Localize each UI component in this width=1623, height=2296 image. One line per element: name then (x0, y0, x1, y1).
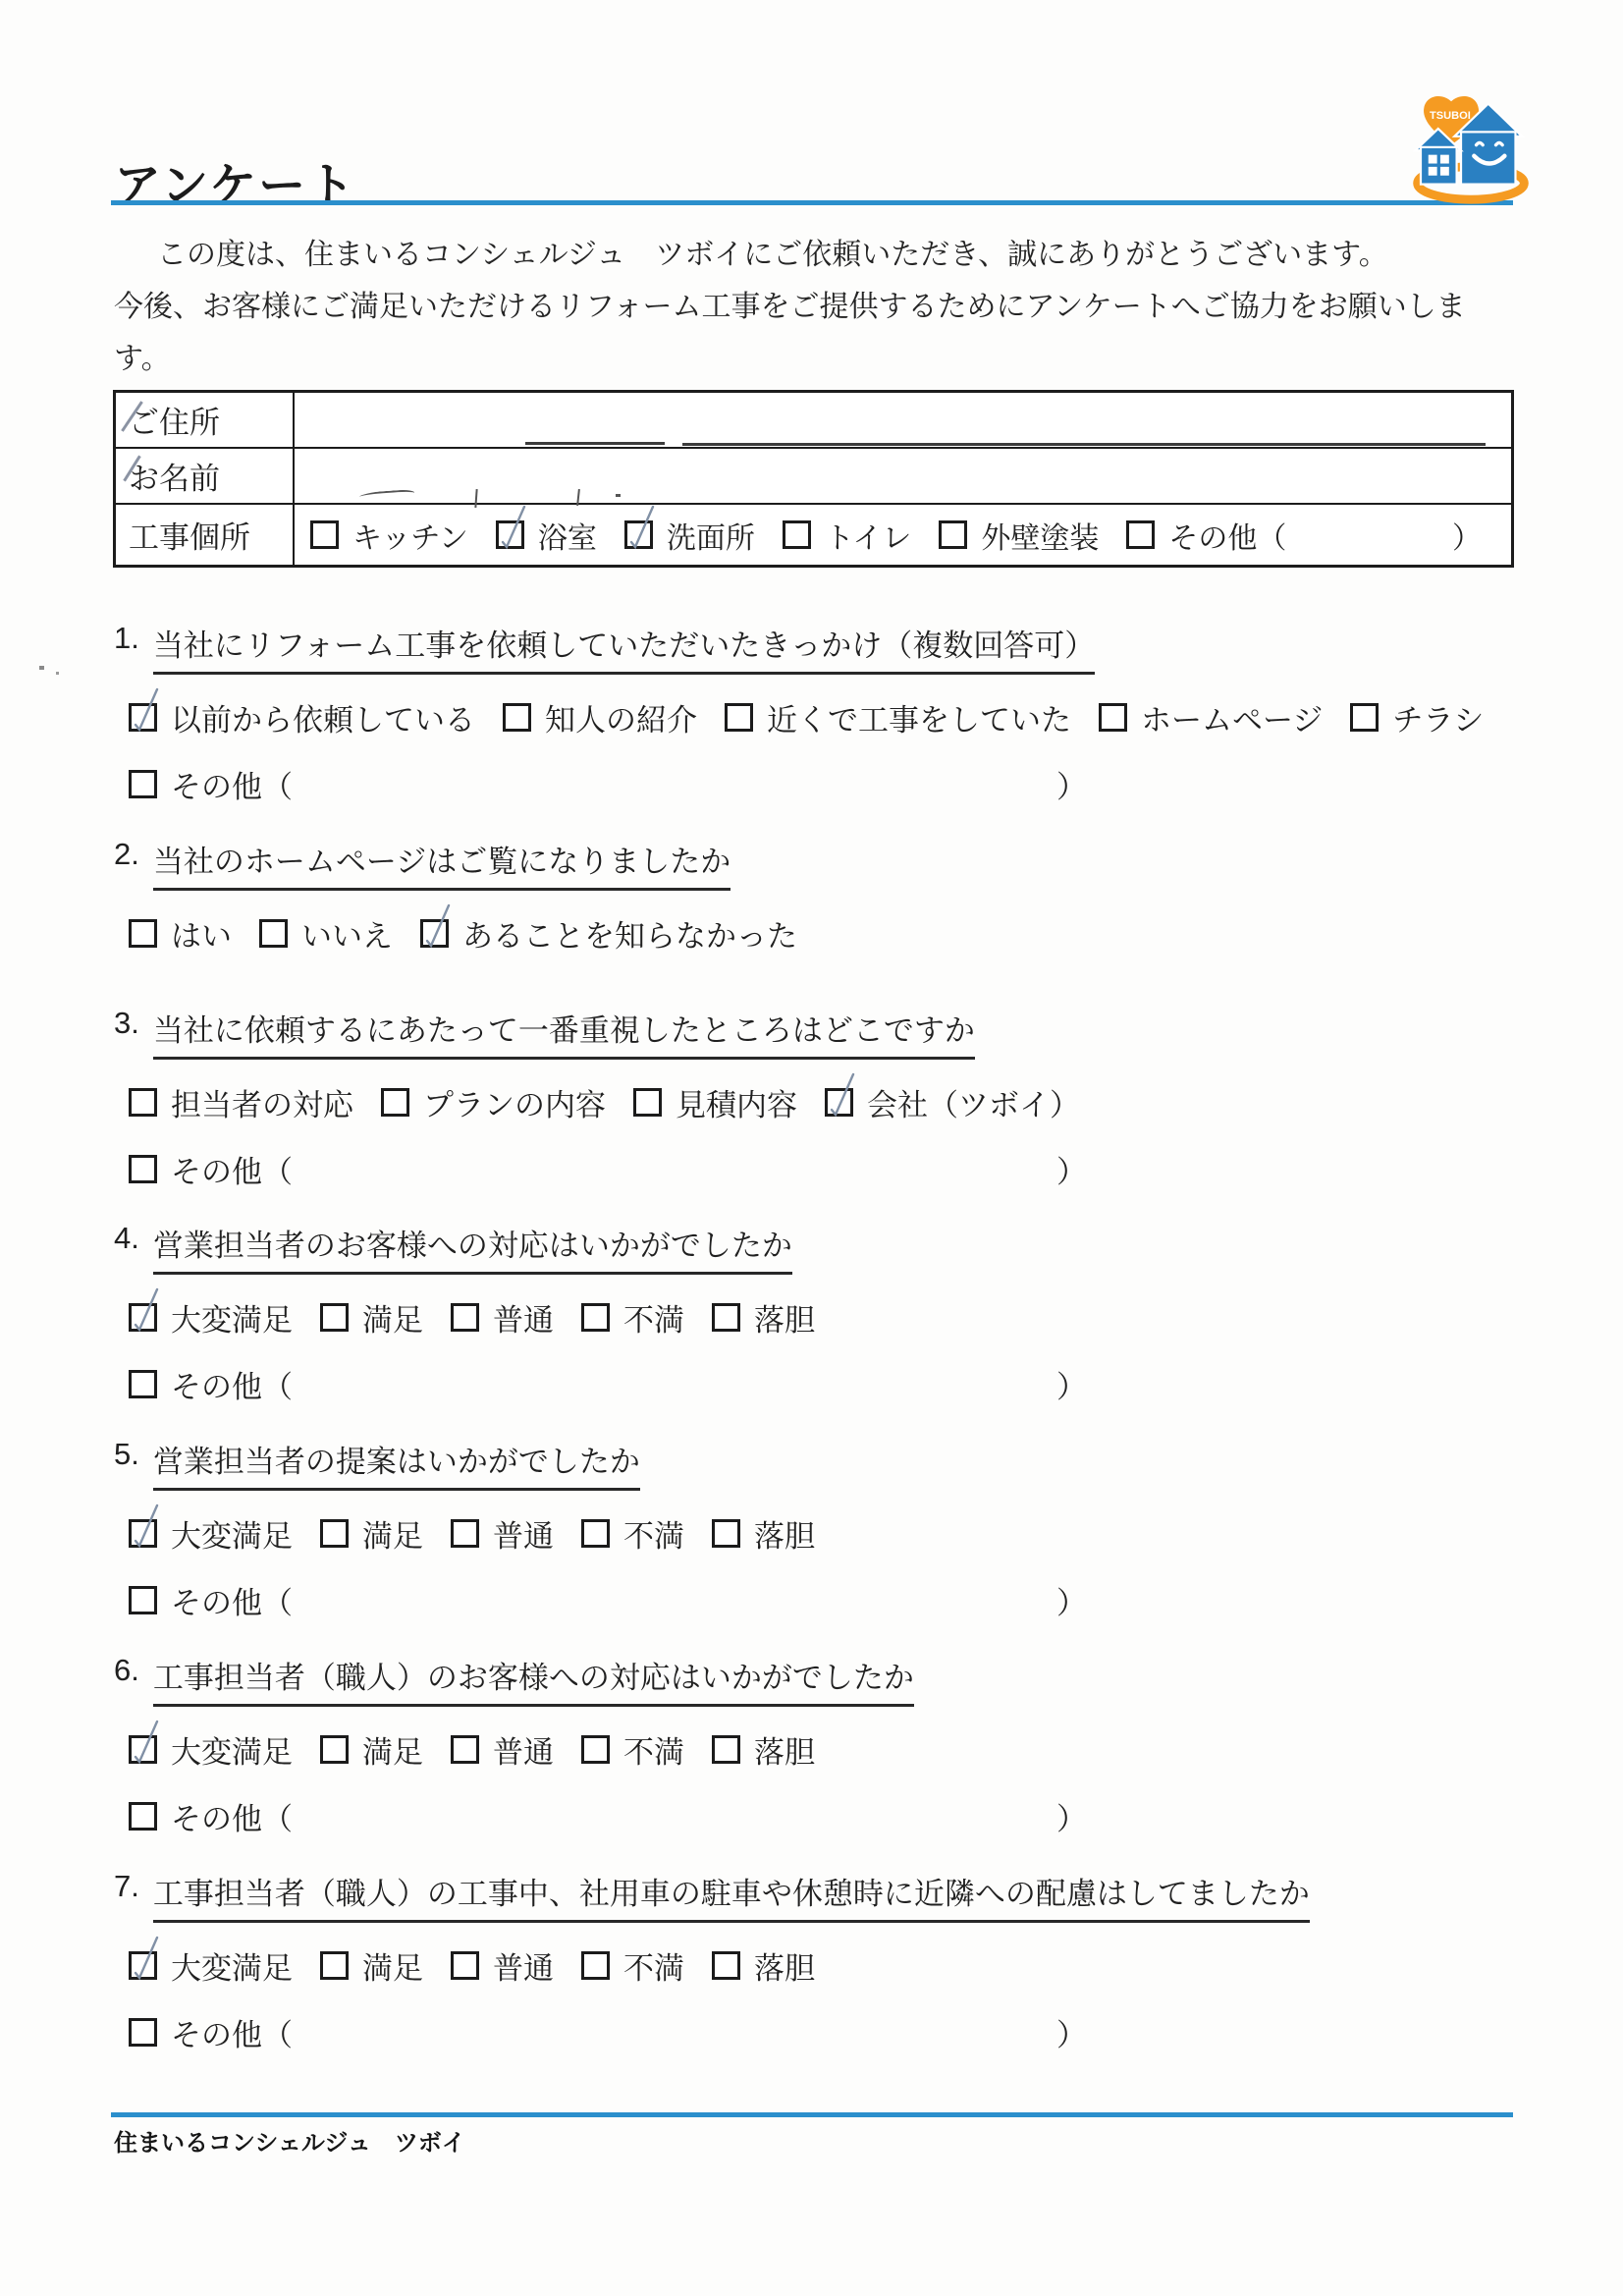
checkbox[interactable] (129, 1370, 157, 1398)
option-label: その他（ (171, 1362, 293, 1406)
tsuboi-logo-icon: TSUBOI (1411, 88, 1531, 208)
option: 普通 (451, 1511, 554, 1556)
option-label: 満足 (362, 1511, 423, 1556)
checkbox[interactable] (129, 1088, 157, 1117)
question-other-row: その他（） (129, 2010, 1520, 2054)
option-label: 満足 (362, 1295, 423, 1339)
question-number: 7. (114, 1869, 139, 1904)
question-options: 大変満足満足普通不満落胆 (129, 1943, 1520, 1988)
option: 満足 (320, 1511, 423, 1556)
question-heading: 1. 当社にリフォーム工事を依頼していただいたきっかけ（複数回答可） (114, 621, 1520, 675)
checkbox[interactable] (712, 1303, 740, 1332)
handwritten-check-icon (127, 1717, 164, 1766)
checkbox[interactable] (712, 1951, 740, 1980)
option: その他（ (129, 1794, 293, 1838)
option: 知人の紹介 (503, 695, 697, 739)
checkbox[interactable] (129, 1155, 157, 1183)
option: 大変満足 (129, 1727, 293, 1772)
option: 不満 (581, 1727, 684, 1772)
option-label: 落胆 (754, 1943, 815, 1988)
footer-divider (111, 2112, 1513, 2117)
option-label: 普通 (493, 1295, 554, 1339)
checkbox[interactable] (712, 1735, 740, 1764)
checkbox[interactable] (725, 703, 753, 732)
option: その他（ (129, 1362, 293, 1406)
handwritten-check-icon (418, 901, 456, 950)
checkbox[interactable] (320, 1303, 349, 1332)
checkbox[interactable] (129, 1951, 157, 1980)
question-options: 大変満足満足普通不満落胆 (129, 1511, 1520, 1556)
checkbox[interactable] (1099, 703, 1127, 732)
option-label: 普通 (493, 1943, 554, 1988)
option: 満足 (320, 1727, 423, 1772)
option: その他（ (129, 1578, 293, 1622)
option: 見積内容 (633, 1080, 797, 1124)
close-paren: ） (1056, 2010, 1087, 2054)
redaction-line (525, 442, 665, 445)
option-label: 会社（ツボイ） (867, 1080, 1080, 1124)
option-label: 知人の紹介 (545, 695, 697, 739)
option: いいえ (259, 911, 393, 956)
checkbox[interactable] (320, 1951, 349, 1980)
option: 落胆 (712, 1511, 815, 1556)
option-label: 外壁塗装 (981, 514, 1099, 557)
option-label: 見積内容 (676, 1080, 797, 1124)
question-number: 4. (114, 1221, 139, 1256)
table-row-worksite: 工事個所 キッチン浴室洗面所トイレ外壁塗装その他（） (116, 505, 1511, 565)
option-label: 不満 (623, 1295, 684, 1339)
checkbox[interactable] (451, 1735, 479, 1764)
option: プランの内容 (381, 1080, 606, 1124)
option-label: その他（ (171, 1147, 293, 1191)
option: トイレ (783, 514, 912, 557)
intro-paragraph: この度は、住まいるコンシェルジュ ツボイにご依頼いただき、誠にありがとうございま… (114, 229, 1520, 385)
option: 不満 (581, 1943, 684, 1988)
scan-speck (616, 494, 621, 497)
question-block: 7. 工事担当者（職人）の工事中、社用車の駐車や休憩時に近隣への配慮はしてました… (114, 1869, 1520, 2054)
checkbox[interactable] (451, 1951, 479, 1980)
question-title: 当社にリフォーム工事を依頼していただいたきっかけ（複数回答可） (153, 621, 1095, 675)
option: 外壁塗装 (939, 514, 1099, 557)
option-label: その他（ (171, 2010, 293, 2054)
checkbox[interactable] (581, 1519, 610, 1548)
question-options: はいいいえあることを知らなかった (129, 911, 1520, 956)
question-block: 1. 当社にリフォーム工事を依頼していただいたきっかけ（複数回答可） 以前から依… (114, 621, 1520, 806)
checkbox[interactable] (320, 1735, 349, 1764)
question-heading: 7. 工事担当者（職人）の工事中、社用車の駐車や休憩時に近隣への配慮はしてました… (114, 1869, 1520, 1923)
option-label: 不満 (623, 1727, 684, 1772)
question-title: 当社に依頼するにあたって一番重視したところはどこですか (153, 1006, 975, 1060)
worksite-label: 工事個所 (116, 505, 295, 565)
question-other-row: その他（） (129, 1362, 1520, 1406)
handwritten-check-icon (127, 684, 164, 734)
option: 洗面所 (624, 514, 755, 557)
question-heading: 3. 当社に依頼するにあたって一番重視したところはどこですか (114, 1006, 1520, 1060)
option-label: 近くで工事をしていた (767, 695, 1071, 739)
option: 担当者の対応 (129, 1080, 353, 1124)
option: 落胆 (712, 1295, 815, 1339)
option-label: 不満 (623, 1943, 684, 1988)
question-block: 2. 当社のホームページはご覧になりましたか はいいいえあることを知らなかった (114, 837, 1520, 956)
question-other-row: その他（） (129, 1147, 1520, 1191)
option: その他（ (129, 762, 293, 806)
option-label: あることを知らなかった (462, 911, 797, 956)
question-options: 大変満足満足普通不満落胆 (129, 1295, 1520, 1339)
table-row-name: お名前 (116, 449, 1511, 505)
option-label: 普通 (493, 1511, 554, 1556)
checkbox[interactable] (129, 770, 157, 798)
checkbox[interactable] (581, 1303, 610, 1332)
option-label: プランの内容 (423, 1080, 606, 1124)
option: 以前から依頼している (129, 695, 475, 739)
option-label: キッチン (352, 514, 468, 557)
question-heading: 4. 営業担当者のお客様への対応はいかがでしたか (114, 1221, 1520, 1275)
option-label: 担当者の対応 (171, 1080, 353, 1124)
footer-company-name: 住まいるコンシェルジュ ツボイ (114, 2123, 465, 2158)
checkbox[interactable] (129, 1586, 157, 1614)
option: 会社（ツボイ） (825, 1080, 1080, 1124)
option-label: はい (171, 911, 232, 956)
question-options: 担当者の対応プランの内容見積内容会社（ツボイ） (129, 1080, 1520, 1124)
logo-text: TSUBOI (1430, 110, 1471, 122)
logo-big-house (1461, 132, 1515, 184)
option: その他（ (129, 2010, 293, 2054)
question-block: 4. 営業担当者のお客様への対応はいかがでしたか 大変満足満足普通不満落胆 その… (114, 1221, 1520, 1406)
scan-speck (39, 666, 44, 670)
option-label: 大変満足 (171, 1727, 293, 1772)
customer-info-table: ご住所 お名前 工事個所 キッチン浴室洗面所トイレ外壁塗装その他（） (113, 390, 1514, 568)
checkbox[interactable] (420, 919, 449, 948)
question-heading: 6. 工事担当者（職人）のお客様への対応はいかがでしたか (114, 1653, 1520, 1707)
option-label: その他（ (171, 1794, 293, 1838)
checkbox[interactable] (581, 1951, 610, 1980)
question-other-row: その他（） (129, 1578, 1520, 1622)
option-label: 落胆 (754, 1727, 815, 1772)
checkbox[interactable] (451, 1303, 479, 1332)
question-title: 工事担当者（職人）のお客様への対応はいかがでしたか (153, 1653, 914, 1707)
question-title: 工事担当者（職人）の工事中、社用車の駐車や休憩時に近隣への配慮はしてましたか (153, 1869, 1310, 1923)
question-title: 営業担当者のお客様への対応はいかがでしたか (153, 1221, 792, 1275)
checkbox[interactable] (129, 1519, 157, 1548)
checkbox[interactable] (783, 520, 811, 549)
option: ホームページ (1099, 695, 1323, 739)
checkbox[interactable] (451, 1519, 479, 1548)
question-heading: 5. 営業担当者の提案はいかがでしたか (114, 1437, 1520, 1491)
question-number: 2. (114, 837, 139, 872)
question-other-row: その他（） (129, 1794, 1520, 1838)
option: キッチン (310, 514, 468, 557)
checkbox[interactable] (1126, 520, 1155, 549)
handwritten-check-icon (127, 1933, 164, 1982)
question-heading: 2. 当社のホームページはご覧になりましたか (114, 837, 1520, 891)
option: 満足 (320, 1295, 423, 1339)
checkbox[interactable] (825, 1088, 853, 1117)
option: 浴室 (496, 514, 597, 557)
option: 近くで工事をしていた (725, 695, 1071, 739)
checkbox[interactable] (496, 520, 524, 549)
close-paren: ） (1056, 1147, 1087, 1191)
option-label: その他（ (1168, 514, 1286, 557)
option-label: 不満 (623, 1511, 684, 1556)
checkbox[interactable] (129, 1735, 157, 1764)
option-label: 以前から依頼している (171, 695, 475, 739)
checkbox[interactable] (939, 520, 967, 549)
handwritten-check-icon (127, 1285, 164, 1334)
question-block: 5. 営業担当者の提案はいかがでしたか 大変満足満足普通不満落胆 その他（） (114, 1437, 1520, 1622)
checkbox[interactable] (129, 1802, 157, 1831)
checkbox[interactable] (633, 1088, 662, 1117)
logo-small-house (1421, 147, 1457, 185)
question-number: 5. (114, 1437, 139, 1472)
question-number: 3. (114, 1006, 139, 1041)
checkbox[interactable] (259, 919, 288, 948)
handwritten-check-icon (823, 1069, 860, 1119)
title-divider (111, 200, 1513, 205)
option: 大変満足 (129, 1295, 293, 1339)
close-paren: ） (1056, 1362, 1087, 1406)
question-number: 6. (114, 1653, 139, 1688)
checkbox[interactable] (129, 1303, 157, 1332)
option: 落胆 (712, 1727, 815, 1772)
option-label: チラシ (1392, 695, 1484, 739)
option-label: いいえ (301, 911, 393, 956)
option: チラシ (1350, 695, 1484, 739)
close-paren: ） (1056, 1794, 1087, 1838)
option: 普通 (451, 1943, 554, 1988)
option: あることを知らなかった (420, 911, 797, 956)
option: その他（ (1126, 514, 1286, 557)
survey-document: アンケート TSUBOI この度は、住まいるコンシェルジュ ツボイにご依頼いただ… (0, 0, 1623, 2296)
handwritten-check-icon (622, 502, 660, 551)
option-label: 大変満足 (171, 1511, 293, 1556)
option: 普通 (451, 1727, 554, 1772)
intro-line-2: 今後、お客様にご満足いただけるリフォーム工事をご提供するためにアンケートへご協力… (114, 281, 1520, 385)
option: 普通 (451, 1295, 554, 1339)
option-label: 満足 (362, 1727, 423, 1772)
checkbox[interactable] (712, 1519, 740, 1548)
checkbox[interactable] (129, 703, 157, 732)
scan-speck (56, 672, 59, 675)
option: はい (129, 911, 232, 956)
close-paren: ） (1056, 762, 1087, 806)
checkbox[interactable] (503, 703, 531, 732)
option: 不満 (581, 1295, 684, 1339)
checkbox[interactable] (1350, 703, 1379, 732)
option: その他（ (129, 1147, 293, 1191)
option: 不満 (581, 1511, 684, 1556)
option-label: 普通 (493, 1727, 554, 1772)
question-options: 以前から依頼している知人の紹介近くで工事をしていたホームページチラシ (129, 695, 1520, 739)
handwritten-check-icon (494, 502, 531, 551)
worksite-options: キッチン浴室洗面所トイレ外壁塗装その他（） (295, 505, 1511, 565)
question-block: 3. 当社に依頼するにあたって一番重視したところはどこですか 担当者の対応プラン… (114, 1006, 1520, 1191)
question-number: 1. (114, 621, 139, 656)
name-label: お名前 (116, 449, 295, 503)
address-field[interactable] (295, 393, 1511, 447)
checkbox[interactable] (624, 520, 653, 549)
option-label: 落胆 (754, 1295, 815, 1339)
question-other-row: その他（） (129, 762, 1520, 806)
table-row-address: ご住所 (116, 393, 1511, 449)
checkbox[interactable] (310, 520, 339, 549)
option: 大変満足 (129, 1511, 293, 1556)
question-block: 6. 工事担当者（職人）のお客様への対応はいかがでしたか 大変満足満足普通不満落… (114, 1653, 1520, 1838)
close-paren: ） (1452, 514, 1482, 557)
option-label: その他（ (171, 1578, 293, 1622)
option-label: 落胆 (754, 1511, 815, 1556)
option-label: トイレ (825, 514, 912, 557)
option-label: 大変満足 (171, 1295, 293, 1339)
option: 大変満足 (129, 1943, 293, 1988)
option-label: 洗面所 (667, 514, 755, 557)
question-options: 大変満足満足普通不満落胆 (129, 1727, 1520, 1772)
address-label: ご住所 (116, 393, 295, 447)
close-paren: ） (1056, 1578, 1087, 1622)
checkbox[interactable] (129, 919, 157, 948)
checkbox[interactable] (129, 2018, 157, 2047)
option-label: 浴室 (538, 514, 597, 557)
redaction-line (682, 443, 1486, 446)
handwritten-check-icon (127, 1501, 164, 1550)
option-label: その他（ (171, 762, 293, 806)
checkbox[interactable] (320, 1519, 349, 1548)
intro-line-1: この度は、住まいるコンシェルジュ ツボイにご依頼いただき、誠にありがとうございま… (114, 229, 1520, 281)
question-title: 営業担当者の提案はいかがでしたか (153, 1437, 640, 1491)
question-title: 当社のホームページはご覧になりましたか (153, 837, 730, 891)
option-label: 大変満足 (171, 1943, 293, 1988)
option-label: ホームページ (1141, 695, 1323, 739)
checkbox[interactable] (381, 1088, 409, 1117)
option-label: 満足 (362, 1943, 423, 1988)
option: 満足 (320, 1943, 423, 1988)
option: 落胆 (712, 1943, 815, 1988)
checkbox[interactable] (581, 1735, 610, 1764)
